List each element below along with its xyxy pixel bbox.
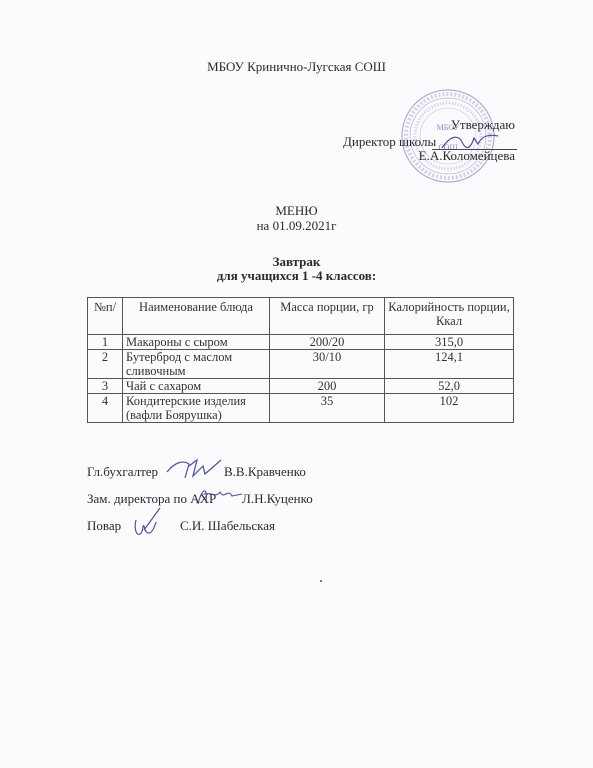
accountant-name: В.В.Кравченко — [224, 464, 306, 480]
column-header-dish: Наименование блюда — [123, 298, 270, 335]
cook-name: С.И. Шабельская — [180, 518, 275, 534]
document-title: МЕНЮ — [0, 203, 593, 219]
dish-mass: 35 — [270, 394, 385, 423]
dish-mass: 200 — [270, 379, 385, 394]
row-number: 2 — [88, 350, 123, 379]
dish-calories: 102 — [385, 394, 514, 423]
approval-label: Утверждаю — [451, 117, 515, 133]
deputy-director-name: Л.Н.Куценко — [242, 491, 313, 507]
table-row: 1 Макароны с сыром 200/20 315,0 — [88, 335, 514, 350]
document-page: МБОУ Кринично-Лугская СОШ МБОУ СОШ Утвер… — [0, 0, 593, 768]
cook-role: Повар — [87, 518, 121, 534]
dish-calories: 52,0 — [385, 379, 514, 394]
dish-name: Чай с сахаром — [123, 379, 270, 394]
dish-mass: 200/20 — [270, 335, 385, 350]
scan-speck — [320, 580, 322, 582]
dish-mass: 30/10 — [270, 350, 385, 379]
dish-name: Макароны с сыром — [123, 335, 270, 350]
audience: для учащихся 1 -4 классов: — [0, 268, 593, 284]
deputy-signature-icon — [194, 484, 244, 508]
row-number: 1 — [88, 335, 123, 350]
table-row: 4 Кондитерские изделия (вафли Боярушка) … — [88, 394, 514, 423]
menu-date: на 01.09.2021г — [0, 218, 593, 234]
column-header-calories: Калорийность порции, Ккал — [385, 298, 514, 335]
column-header-mass: Масса порции, гр — [270, 298, 385, 335]
table-row: 3 Чай с сахаром 200 52,0 — [88, 379, 514, 394]
row-number: 4 — [88, 394, 123, 423]
cook-signature-icon — [130, 506, 164, 542]
accountant-signature-icon — [163, 458, 223, 480]
dish-name: Кондитерские изделия (вафли Боярушка) — [123, 394, 270, 423]
accountant-role: Гл.бухгалтер — [87, 464, 158, 480]
organization-name: МБОУ Кринично-Лугская СОШ — [0, 59, 593, 75]
table-header-row: №п/ Наименование блюда Масса порции, гр … — [88, 298, 514, 335]
menu-table: №п/ Наименование блюда Масса порции, гр … — [87, 297, 514, 423]
row-number: 3 — [88, 379, 123, 394]
dish-calories: 315,0 — [385, 335, 514, 350]
table-row: 2 Бутерброд с маслом сливочным 30/10 124… — [88, 350, 514, 379]
dish-calories: 124,1 — [385, 350, 514, 379]
director-name: Е.А.Коломейцева — [419, 148, 515, 164]
column-header-number: №п/ — [88, 298, 123, 335]
dish-name: Бутерброд с маслом сливочным — [123, 350, 270, 379]
